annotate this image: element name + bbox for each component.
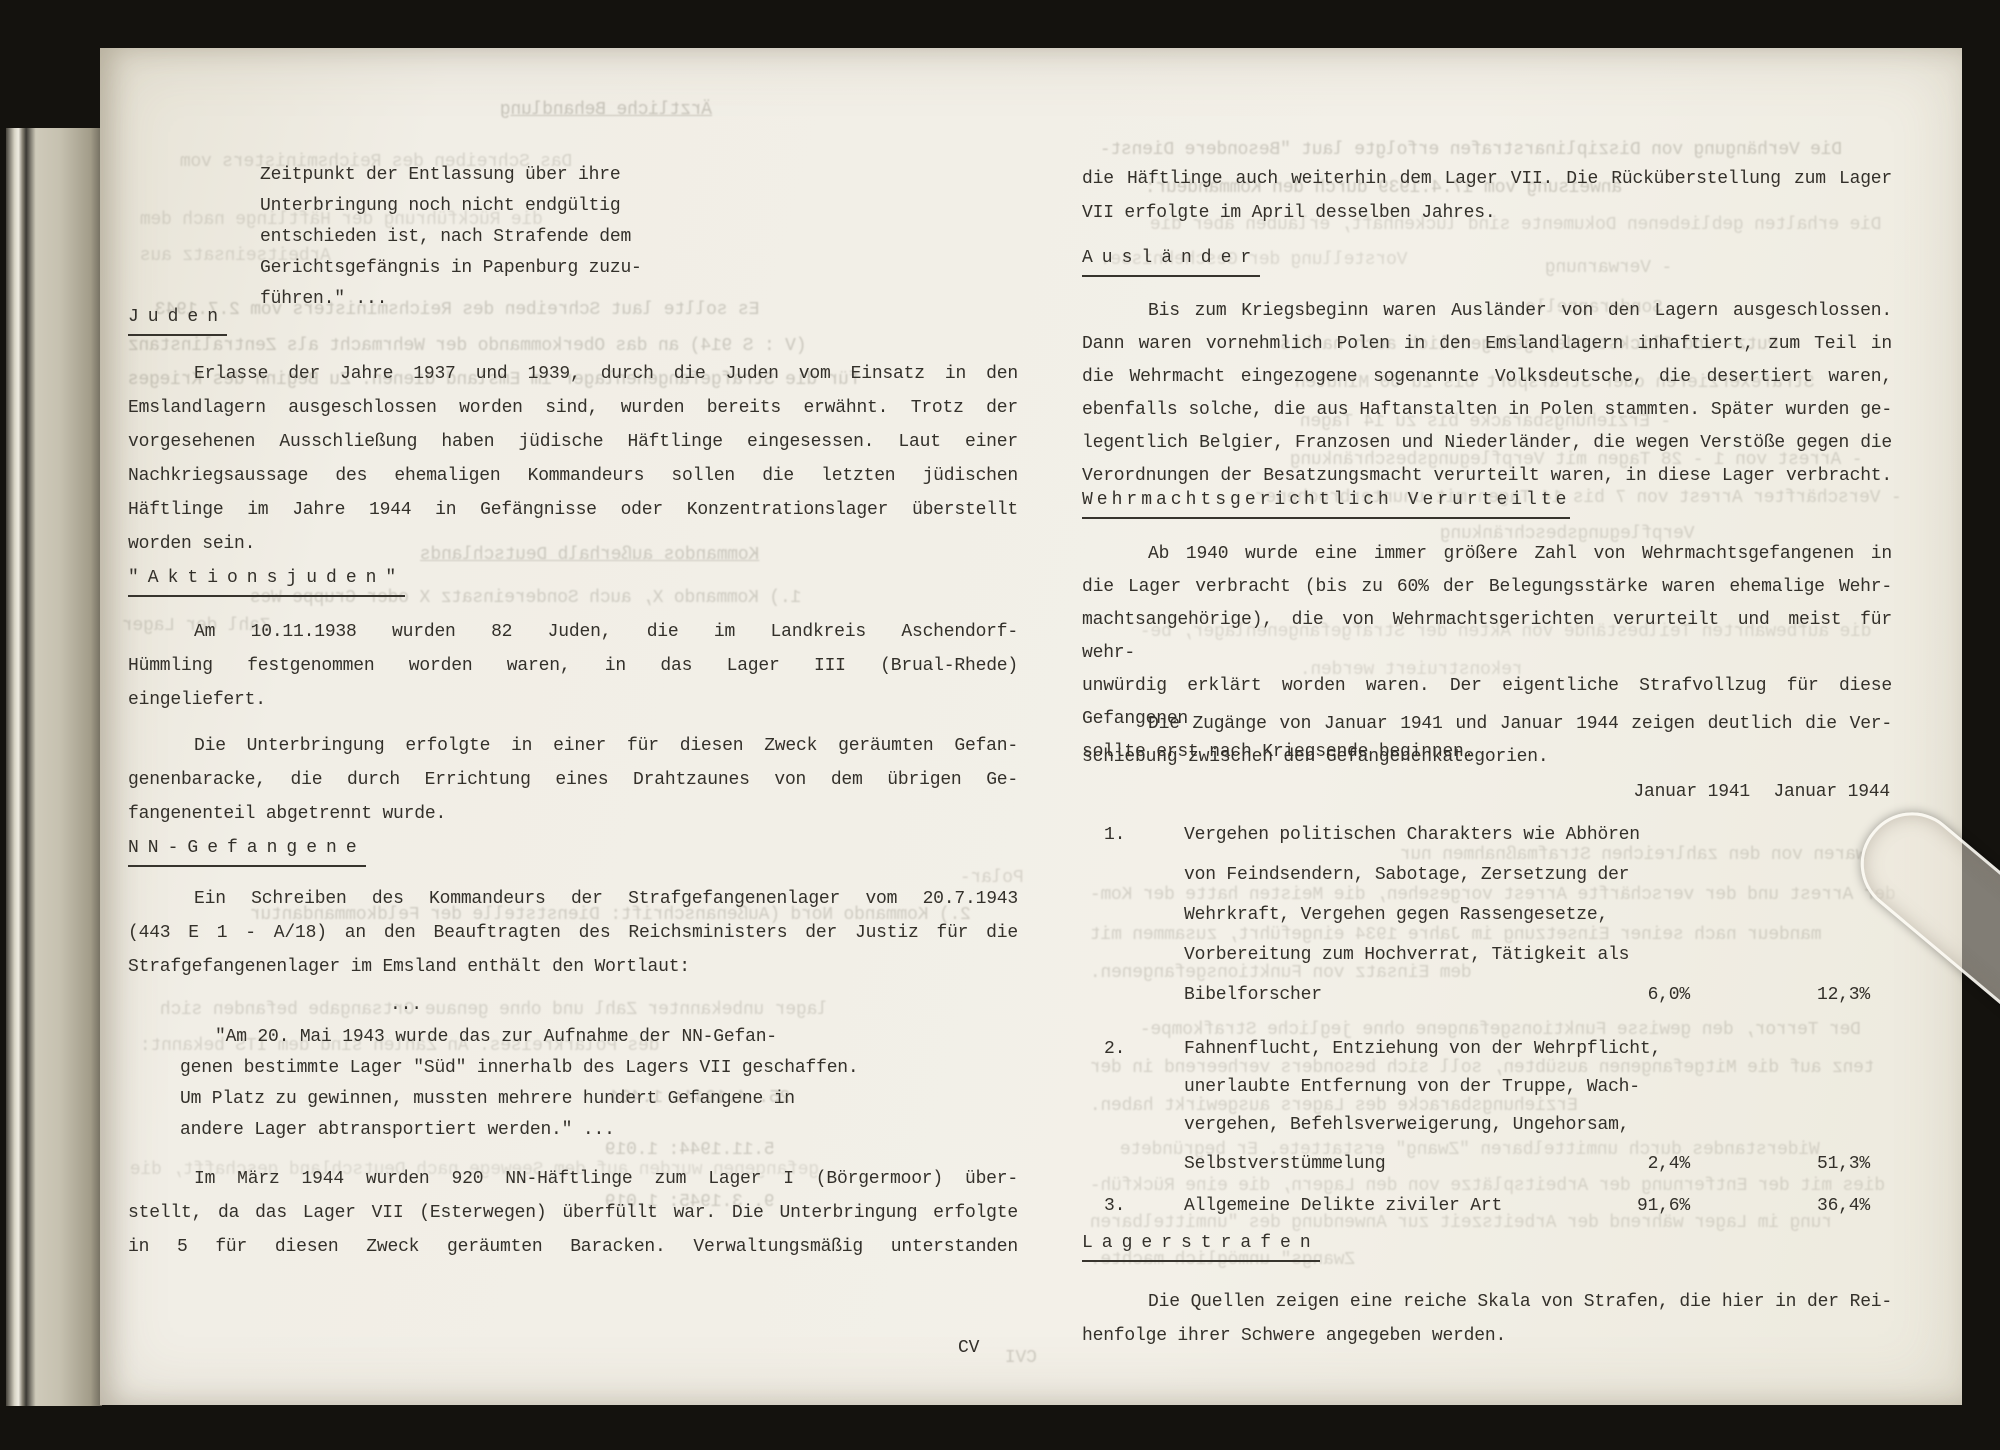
item-number: 3.	[1104, 1186, 1125, 1226]
heading-text: Lagerstrafen	[1082, 1233, 1320, 1262]
table-row: 1. Vergehen politischen Charakters wie A…	[1082, 815, 1892, 975]
value-1941: 91,6%	[1550, 1186, 1690, 1226]
text-line: Ein Schreiben des Kommandeurs der Strafg…	[128, 882, 1018, 916]
text-line: schiebung zwischen den Gefangenenkategor…	[1082, 741, 1892, 774]
text-line: vorgesehenen Ausschließung haben jüdisch…	[128, 425, 1018, 459]
text-line: Um Platz zu gewinnen, mussten mehrere hu…	[180, 1084, 920, 1115]
paragraph-auslaender: Bis zum Kriegsbeginn waren Ausländer von…	[1082, 295, 1892, 493]
text-line: legentlich Belgier, Franzosen und Nieder…	[1082, 427, 1892, 460]
value-1944: 12,3%	[1730, 975, 1870, 1015]
text-line: andere Lager abtransportiert werden." ..…	[180, 1115, 920, 1146]
section-heading-lagerstrafen: Lagerstrafen	[1082, 1233, 1320, 1262]
table-row-values: Selbstverstümmelung 2,4% 51,3%	[1082, 1144, 1892, 1184]
text-line: Fahnenflucht, Entziehung von der Wehrpfl…	[1184, 1030, 1892, 1068]
text-line: "Am 20. Mai 1943 wurde das zur Aufnahme …	[180, 1022, 920, 1053]
text-line: von Feindsendern, Sabotage, Zersetzung d…	[1184, 855, 1892, 895]
section-heading-auslaender: Ausländer	[1082, 248, 1260, 277]
text-line: die Wehrmacht eingezogene sogenannte Vol…	[1082, 361, 1892, 394]
quote-block-entlassung: Zeitpunkt der Entlassung über ihre Unter…	[260, 160, 780, 315]
table-row-values: 3. Allgemeine Delikte ziviler Art 91,6% …	[1082, 1186, 1892, 1226]
section-heading-juden: Juden	[128, 307, 227, 336]
item-label: Bibelforscher	[1184, 975, 1322, 1015]
ghost-bleedthrough-text: - Verwarnung	[1545, 258, 1672, 278]
text-line: Emslandlagern ausgeschlossen worden sind…	[128, 391, 1018, 425]
text-line: Unterbringung noch nicht endgültig	[260, 191, 780, 222]
paragraph-wehrmacht-2: Die Zugänge von Januar 1941 und Januar 1…	[1082, 708, 1892, 774]
text-line: vergehen, Befehlsverweigerung, Ungehorsa…	[1184, 1106, 1892, 1144]
ghost-bleedthrough-text: Ärztliche Behandlung	[500, 100, 712, 120]
value-1944: 51,3%	[1730, 1144, 1870, 1184]
paragraph-nn-uebergestellt: Im März 1944 wurden 920 NN-Häftlinge zum…	[128, 1162, 1018, 1264]
text-line: (443 E 1 - A/18) an den Beauftragten des…	[128, 916, 1018, 950]
paragraph-aktionsjuden-2: Die Unterbringung erfolgte in einer für …	[128, 729, 1018, 831]
section-heading-nn-gefangene: NN-Gefangene	[128, 838, 366, 867]
table-row-values: Bibelforscher 6,0% 12,3%	[1082, 975, 1892, 1015]
text-line: Gerichtsgefängnis in Papenburg zuzu-	[260, 253, 780, 284]
text-line: die Lager verbracht (bis zu 60% der Bele…	[1082, 571, 1892, 604]
text-line: Die Unterbringung erfolgte in einer für …	[128, 729, 1018, 763]
section-heading-wehrmachtsgerichtlich: Wehrmachtsgerichtlich Verurteilte	[1082, 490, 1570, 519]
text-line: genenbaracke, die durch Errichtung eines…	[128, 763, 1018, 797]
text-line: genen bestimmte Lager "Süd" innerhalb de…	[180, 1053, 920, 1084]
item-label: Allgemeine Delikte ziviler Art	[1184, 1186, 1502, 1226]
text-line: Verordnungen der Besatzungsmacht verurte…	[1082, 460, 1892, 493]
text-line: Strafgefangenenlager im Emsland enthält …	[128, 950, 1018, 984]
page-number: CV	[958, 1338, 979, 1358]
ghost-bleedthrough-text: lager unbekannter Zahl und ohne genaue O…	[160, 1000, 828, 1020]
heading-text: "Aktionsjuden"	[128, 568, 405, 597]
quote-block-lager-sued: "Am 20. Mai 1943 wurde das zur Aufnahme …	[180, 1022, 920, 1146]
item-label: Selbstverstümmelung	[1184, 1144, 1385, 1184]
item-number: 1.	[1104, 815, 1125, 855]
text-line: Erlasse der Jahre 1937 und 1939, durch d…	[128, 357, 1018, 391]
value-1941: 2,4%	[1550, 1144, 1690, 1184]
text-line: die Häftlinge auch weiterhin dem Lager V…	[1082, 162, 1892, 196]
text-line: unerlaubte Entfernung von der Truppe, Wa…	[1184, 1068, 1892, 1106]
text-line: in 5 für diesen Zweck geräumten Baracken…	[128, 1230, 1018, 1264]
text-line: Zeitpunkt der Entlassung über ihre	[260, 160, 780, 191]
text-line: stellt, da das Lager VII (Esterwegen) üb…	[128, 1196, 1018, 1230]
column-header-januar-1944: Januar 1944	[1730, 772, 1890, 812]
text-line: ebenfalls solche, die aus Haftanstalten …	[1082, 394, 1892, 427]
paragraph-continuation: die Häftlinge auch weiterhin dem Lager V…	[1082, 162, 1892, 230]
scanned-book-spread: Zeitpunkt der Entlassung über ihre Unter…	[0, 0, 2000, 1450]
ghost-bleedthrough-text: CVI	[1005, 1348, 1037, 1368]
value-1944: 36,4%	[1730, 1186, 1870, 1226]
paragraph-nn-gefangene: Ein Schreiben des Kommandeurs der Strafg…	[128, 882, 1018, 984]
table-row: 2. Fahnenflucht, Entziehung von der Wehr…	[1082, 1030, 1892, 1144]
text-line: Ab 1940 wurde eine immer größere Zahl vo…	[1082, 538, 1892, 571]
heading-text: Wehrmachtsgerichtlich Verurteilte	[1082, 490, 1570, 519]
book-page: Zeitpunkt der Entlassung über ihre Unter…	[100, 48, 1962, 1405]
heading-text: Ausländer	[1082, 248, 1260, 277]
text-line: Wehrkraft, Vergehen gegen Rassengesetze,	[1184, 895, 1892, 935]
text-line: machtsangehörige), die von Wehrmachtsger…	[1082, 604, 1892, 670]
paragraph-lagerstrafen: Die Quellen zeigen eine reiche Skala von…	[1082, 1285, 1892, 1353]
heading-text: Juden	[128, 307, 227, 336]
text-line: Im März 1944 wurden 920 NN-Häftlinge zum…	[128, 1162, 1018, 1196]
paragraph-juden: Erlasse der Jahre 1937 und 1939, durch d…	[128, 357, 1018, 561]
text-line: Am 10.11.1938 wurden 82 Juden, die im La…	[128, 615, 1018, 649]
text-line: Die Zugänge von Januar 1941 und Januar 1…	[1082, 708, 1892, 741]
paragraph-aktionsjuden-1: Am 10.11.1938 wurden 82 Juden, die im La…	[128, 615, 1018, 717]
value-1941: 6,0%	[1550, 975, 1690, 1015]
text-line: führen." ...	[260, 284, 780, 315]
text-line: eingeliefert.	[128, 683, 1018, 717]
item-number: 2.	[1104, 1030, 1125, 1068]
text-line: worden sein.	[128, 527, 1018, 561]
text-line: Häftlinge im Jahre 1944 in Gefängnisse o…	[128, 493, 1018, 527]
column-header-januar-1941: Januar 1941	[1590, 772, 1750, 812]
text-line: Vorbereitung zum Hochverrat, Tätigkeit a…	[1184, 935, 1892, 975]
text-line: ...	[390, 988, 422, 1022]
text-line: Hümmling festgenommen worden waren, in d…	[128, 649, 1018, 683]
ghost-bleedthrough-text: Die Verhängung von Disziplinarstrafen er…	[1100, 140, 1842, 160]
text-line: Nachkriegsaussage des ehemaligen Kommand…	[128, 459, 1018, 493]
book-page-edges	[6, 128, 102, 1406]
section-heading-aktionsjuden: "Aktionsjuden"	[128, 568, 405, 597]
text-line: Die Quellen zeigen eine reiche Skala von…	[1082, 1285, 1892, 1319]
ghost-bleedthrough-text: (V : S 914) an das Oberkommando der Wehr…	[128, 336, 807, 356]
text-line: Vergehen politischen Charakters wie Abhö…	[1184, 815, 1892, 855]
text-line: VII erfolgte im April desselben Jahres.	[1082, 196, 1892, 230]
ellipsis-line: ...	[390, 988, 422, 1022]
text-line: Dann waren vornehmlich Polen in den Emsl…	[1082, 328, 1892, 361]
heading-text: NN-Gefangene	[128, 838, 366, 867]
text-line: Bis zum Kriegsbeginn waren Ausländer von…	[1082, 295, 1892, 328]
text-line: henfolge ihrer Schwere angegeben werden.	[1082, 1319, 1892, 1353]
text-line: fangenenteil abgetrennt wurde.	[128, 797, 1018, 831]
text-line: entschieden ist, nach Strafende dem	[260, 222, 780, 253]
